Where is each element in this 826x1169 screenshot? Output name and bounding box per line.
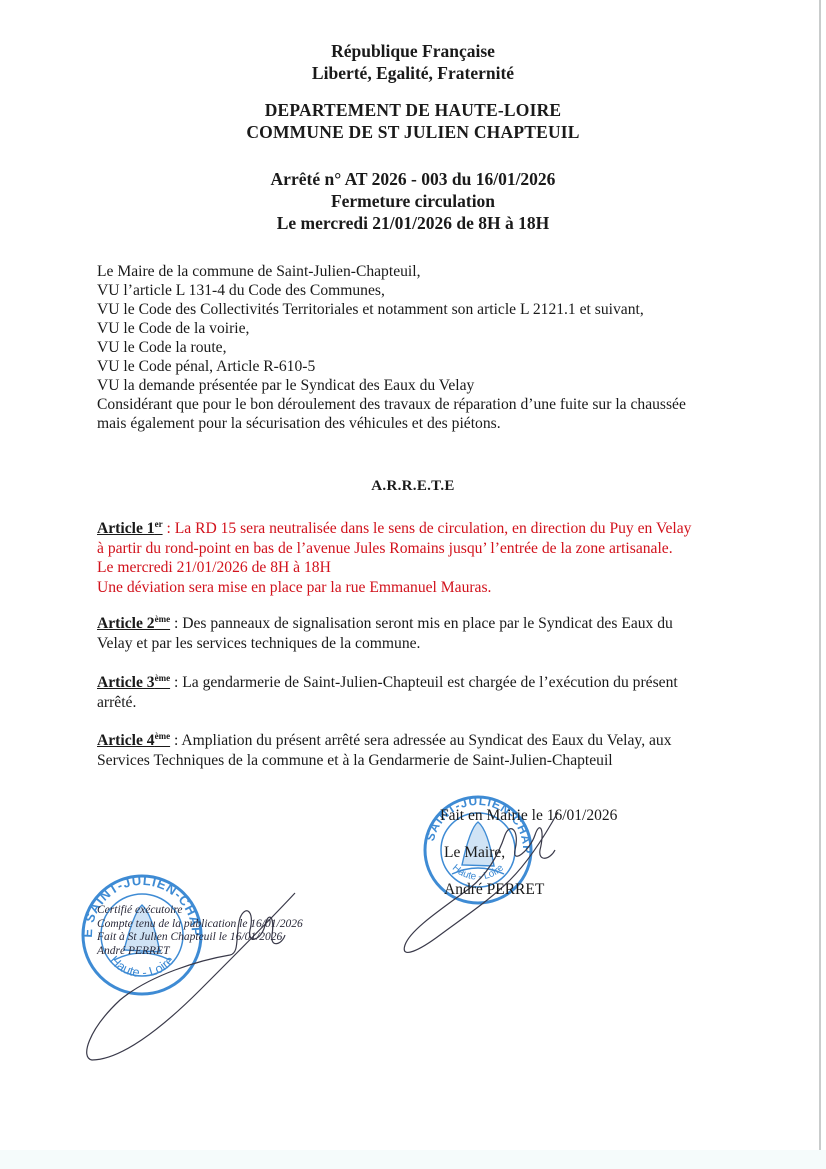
preamble-line: VU le Code pénal, Article R-610-5: [97, 357, 737, 376]
signature-name: André PERRET: [444, 880, 617, 899]
commune-name: COMMUNE DE ST JULIEN CHAPTEUIL: [0, 121, 826, 143]
article-text: Le mercredi 21/01/2026 de 8H à 18H: [97, 558, 719, 578]
certification-line: Compte tenu de la publication le 16/01/2…: [97, 918, 303, 932]
certification-stamp: Certifié exécutoire Compte tenu de la pu…: [97, 904, 303, 958]
republic-header: République Française Liberté, Egalité, F…: [0, 40, 826, 84]
decree-subject: Fermeture circulation: [0, 190, 826, 212]
mairie-seal-left-icon: MAIRIE SAINT-JULIEN-CHAPTEUIL Haute - Lo…: [0, 0, 204, 994]
article-text: Services Techniques de la commune et à l…: [97, 751, 719, 771]
signature-place-date: Fait en Mairie le 16/01/2026: [440, 806, 617, 825]
decree-schedule: Le mercredi 21/01/2026 de 8H à 18H: [0, 212, 826, 234]
certification-line: Certifié exécutoire: [97, 904, 303, 918]
preamble-line: VU le Code des Collectivités Territorial…: [97, 300, 737, 319]
arrete-title: A.R.R.E.T.E: [0, 478, 826, 495]
republic-title: République Française: [0, 40, 826, 62]
article-4: Article 4ème : Ampliation du présent arr…: [97, 731, 719, 770]
preamble-line: Considérant que pour le bon déroulement …: [97, 395, 737, 414]
preamble-line: VU l’article L 131-4 du Code des Commune…: [97, 281, 737, 300]
decree-number: Arrêté n° AT 2026 - 003 du 16/01/2026: [0, 168, 826, 190]
article-3: Article 3ème : La gendarmerie de Saint-J…: [97, 673, 719, 712]
scan-bottom-tint: [0, 1150, 826, 1169]
article-text: Des panneaux de signalisation seront mis…: [182, 615, 673, 632]
article-1: Article 1er : La RD 15 sera neutralisée …: [97, 519, 719, 597]
article-text: La RD 15 sera neutralisée dans le sens d…: [175, 520, 692, 537]
certification-line: André PERRET: [97, 945, 303, 959]
article-label: Article 3ème: [97, 674, 170, 691]
preamble-line: VU le Code la route,: [97, 338, 737, 357]
department-name: DEPARTEMENT DE HAUTE-LOIRE: [0, 99, 826, 121]
republic-motto: Liberté, Egalité, Fraternité: [0, 62, 826, 84]
preamble-line: VU le Code de la voirie,: [97, 319, 737, 338]
article-label: Article 1er: [97, 520, 163, 537]
preamble-line: Le Maire de la commune de Saint-Julien-C…: [97, 262, 737, 281]
signature-role: Le Maire,: [444, 843, 617, 862]
article-text: arrêté.: [97, 693, 719, 713]
preamble-line: VU la demande présentée par le Syndicat …: [97, 376, 737, 395]
article-text: La gendarmerie de Saint-Julien-Chapteuil…: [182, 674, 678, 691]
decree-header: Arrêté n° AT 2026 - 003 du 16/01/2026 Fe…: [0, 168, 826, 234]
article-label: Article 4ème: [97, 732, 170, 749]
authority-header: DEPARTEMENT DE HAUTE-LOIRE COMMUNE DE ST…: [0, 99, 826, 143]
preamble-line: mais également pour la sécurisation des …: [97, 414, 737, 433]
article-text: Velay et par les services techniques de …: [97, 634, 719, 654]
signature-block: Fait en Mairie le 16/01/2026 Le Maire, A…: [440, 806, 617, 899]
article-text: à partir du rond-point en bas de l’avenu…: [97, 539, 719, 559]
article-label: Article 2ème: [97, 615, 170, 632]
article-2: Article 2ème : Des panneaux de signalisa…: [97, 614, 719, 653]
article-text: Ampliation du présent arrêté sera adress…: [181, 732, 671, 749]
preamble: Le Maire de la commune de Saint-Julien-C…: [97, 262, 737, 433]
certification-line: Fait à St Julien Chapteuil le 16/01/2026: [97, 931, 303, 945]
article-text: Une déviation sera mise en place par la …: [97, 578, 719, 598]
